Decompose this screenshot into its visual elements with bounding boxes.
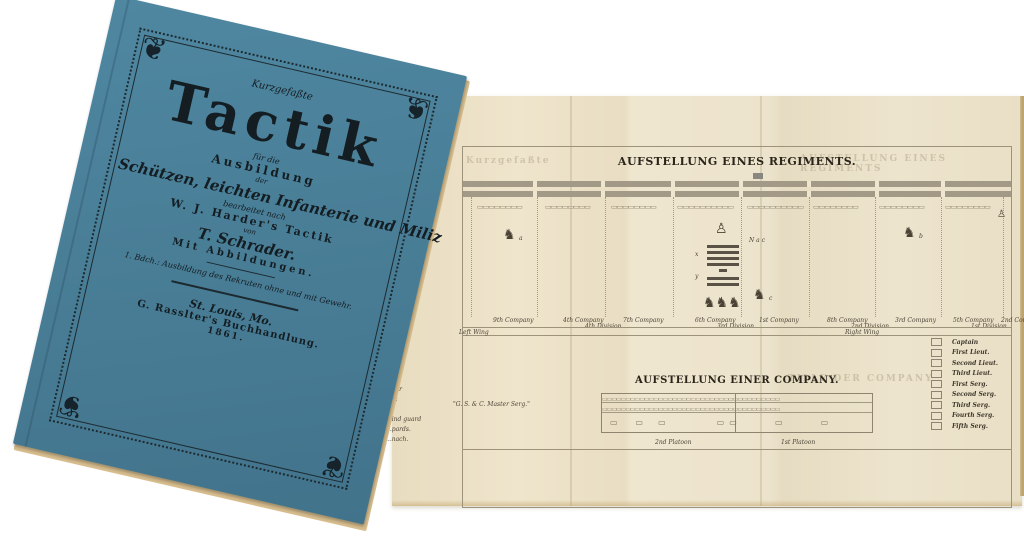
rule-line <box>463 327 1011 328</box>
flag-icon <box>753 173 763 179</box>
column-divider <box>941 197 942 317</box>
legend: Captain First Lieut. Second Lieut. Third… <box>931 337 998 432</box>
mounted-officer-icon: ♞ <box>503 227 516 243</box>
legend-item: First Serg. <box>931 379 998 390</box>
legend-item: Fifth Serg. <box>931 421 998 432</box>
legend-item: Third Lieut. <box>931 369 998 380</box>
company-title: AUFSTELLUNG EINER COMPANY. <box>463 375 1011 386</box>
soldier-row: ▭▭▭▭▭▭▭▭ <box>611 203 656 209</box>
mounted-officer-icon: ♞ <box>903 225 916 241</box>
mounted-staff-icon: ♞♞♞ <box>703 295 741 311</box>
legend-item: Fourth Serg. <box>931 411 998 422</box>
company-label: 9th Company <box>493 317 534 324</box>
company-formation: ▭▭▭▭▭▭▭▭▭▭▭▭▭▭▭▭▭▭▭▭▭▭▭▭▭▭▭▭▭▭▭▭▭▭▭▭▭▭ ▭… <box>601 393 873 433</box>
platoon-label: 2nd Platoon <box>655 439 691 446</box>
figure-label: a <box>519 235 523 242</box>
color-guard-block <box>707 245 739 289</box>
figure-label: b <box>919 233 923 240</box>
column-divider <box>605 197 606 317</box>
company-label: 1st Company <box>759 317 799 324</box>
company-label: 3rd Company <box>895 317 936 324</box>
standing-figure-icon: ♙ <box>997 209 1006 220</box>
rank-symbol-icon <box>931 380 942 388</box>
column-divider <box>875 197 876 317</box>
figure-label: c <box>769 295 772 302</box>
rule-line <box>463 449 1011 450</box>
platoon-label: 1st Platoon <box>781 439 815 446</box>
column-divider <box>537 197 538 317</box>
column-divider <box>673 197 674 317</box>
regiment-rank-bar <box>463 191 1011 197</box>
rank-symbol-icon <box>931 338 942 346</box>
diagram-frame: AUFSTELLUNG EINES REGIMENTS. ▭▭▭▭▭▭▭▭ ▭▭… <box>462 146 1012 508</box>
legend-item: Third Serg. <box>931 400 998 411</box>
figure-label: y <box>695 273 698 280</box>
column-divider <box>809 197 810 317</box>
legend-item: Captain <box>931 337 998 348</box>
column-divider <box>471 197 472 317</box>
rank-symbol-icon <box>931 370 942 378</box>
soldier-row: ▭▭▭▭▭▭▭▭ <box>477 203 522 209</box>
rank-symbol-icon <box>931 391 942 399</box>
rank-symbol-icon <box>931 359 942 367</box>
regiment-title: AUFSTELLUNG EINES REGIMENTS. <box>463 155 1011 168</box>
soldier-row: ▭▭▭▭▭▭▭▭▭▭ <box>747 203 803 209</box>
wing-label: Left Wing <box>459 329 489 336</box>
colonel-figure-icon: ♙ <box>715 221 728 237</box>
soldier-row: ▭▭▭▭▭▭▭▭▭▭ <box>677 203 733 209</box>
figure-label: N a c <box>749 237 765 244</box>
regiment-rank-bar <box>463 181 1011 187</box>
rank-symbol-icon <box>931 401 942 409</box>
wing-label: Right Wing <box>845 329 879 336</box>
foldout-plate: Kurzgefaßte AUFSTELLUNG EINES REGIMENTS … <box>392 96 1022 506</box>
rule-line <box>463 335 1011 336</box>
soldier-row: ▭▭▭▭▭▭▭▭ <box>879 203 924 209</box>
rank-symbol-icon <box>931 412 942 420</box>
rank-symbol-icon <box>931 349 942 357</box>
soldier-row: ▭▭▭▭▭▭▭▭ <box>813 203 858 209</box>
soldier-row: ▭▭▭▭▭▭▭▭ <box>945 203 990 209</box>
figure-label: x <box>695 251 698 258</box>
margin-note: ...nach. <box>386 436 408 443</box>
rank-symbol-icon <box>931 422 942 430</box>
legend-item: Second Serg. <box>931 390 998 401</box>
mounted-officer-icon: ♞ <box>753 287 766 303</box>
column-divider <box>741 197 742 317</box>
company-label: 7th Company <box>623 317 664 324</box>
legend-item: First Lieut. <box>931 348 998 359</box>
legend-item: Second Lieut. <box>931 358 998 369</box>
company-note: "G. S. & C. Master Serg." <box>453 401 530 408</box>
soldier-row: ▭▭▭▭▭▭▭▭ <box>545 203 590 209</box>
